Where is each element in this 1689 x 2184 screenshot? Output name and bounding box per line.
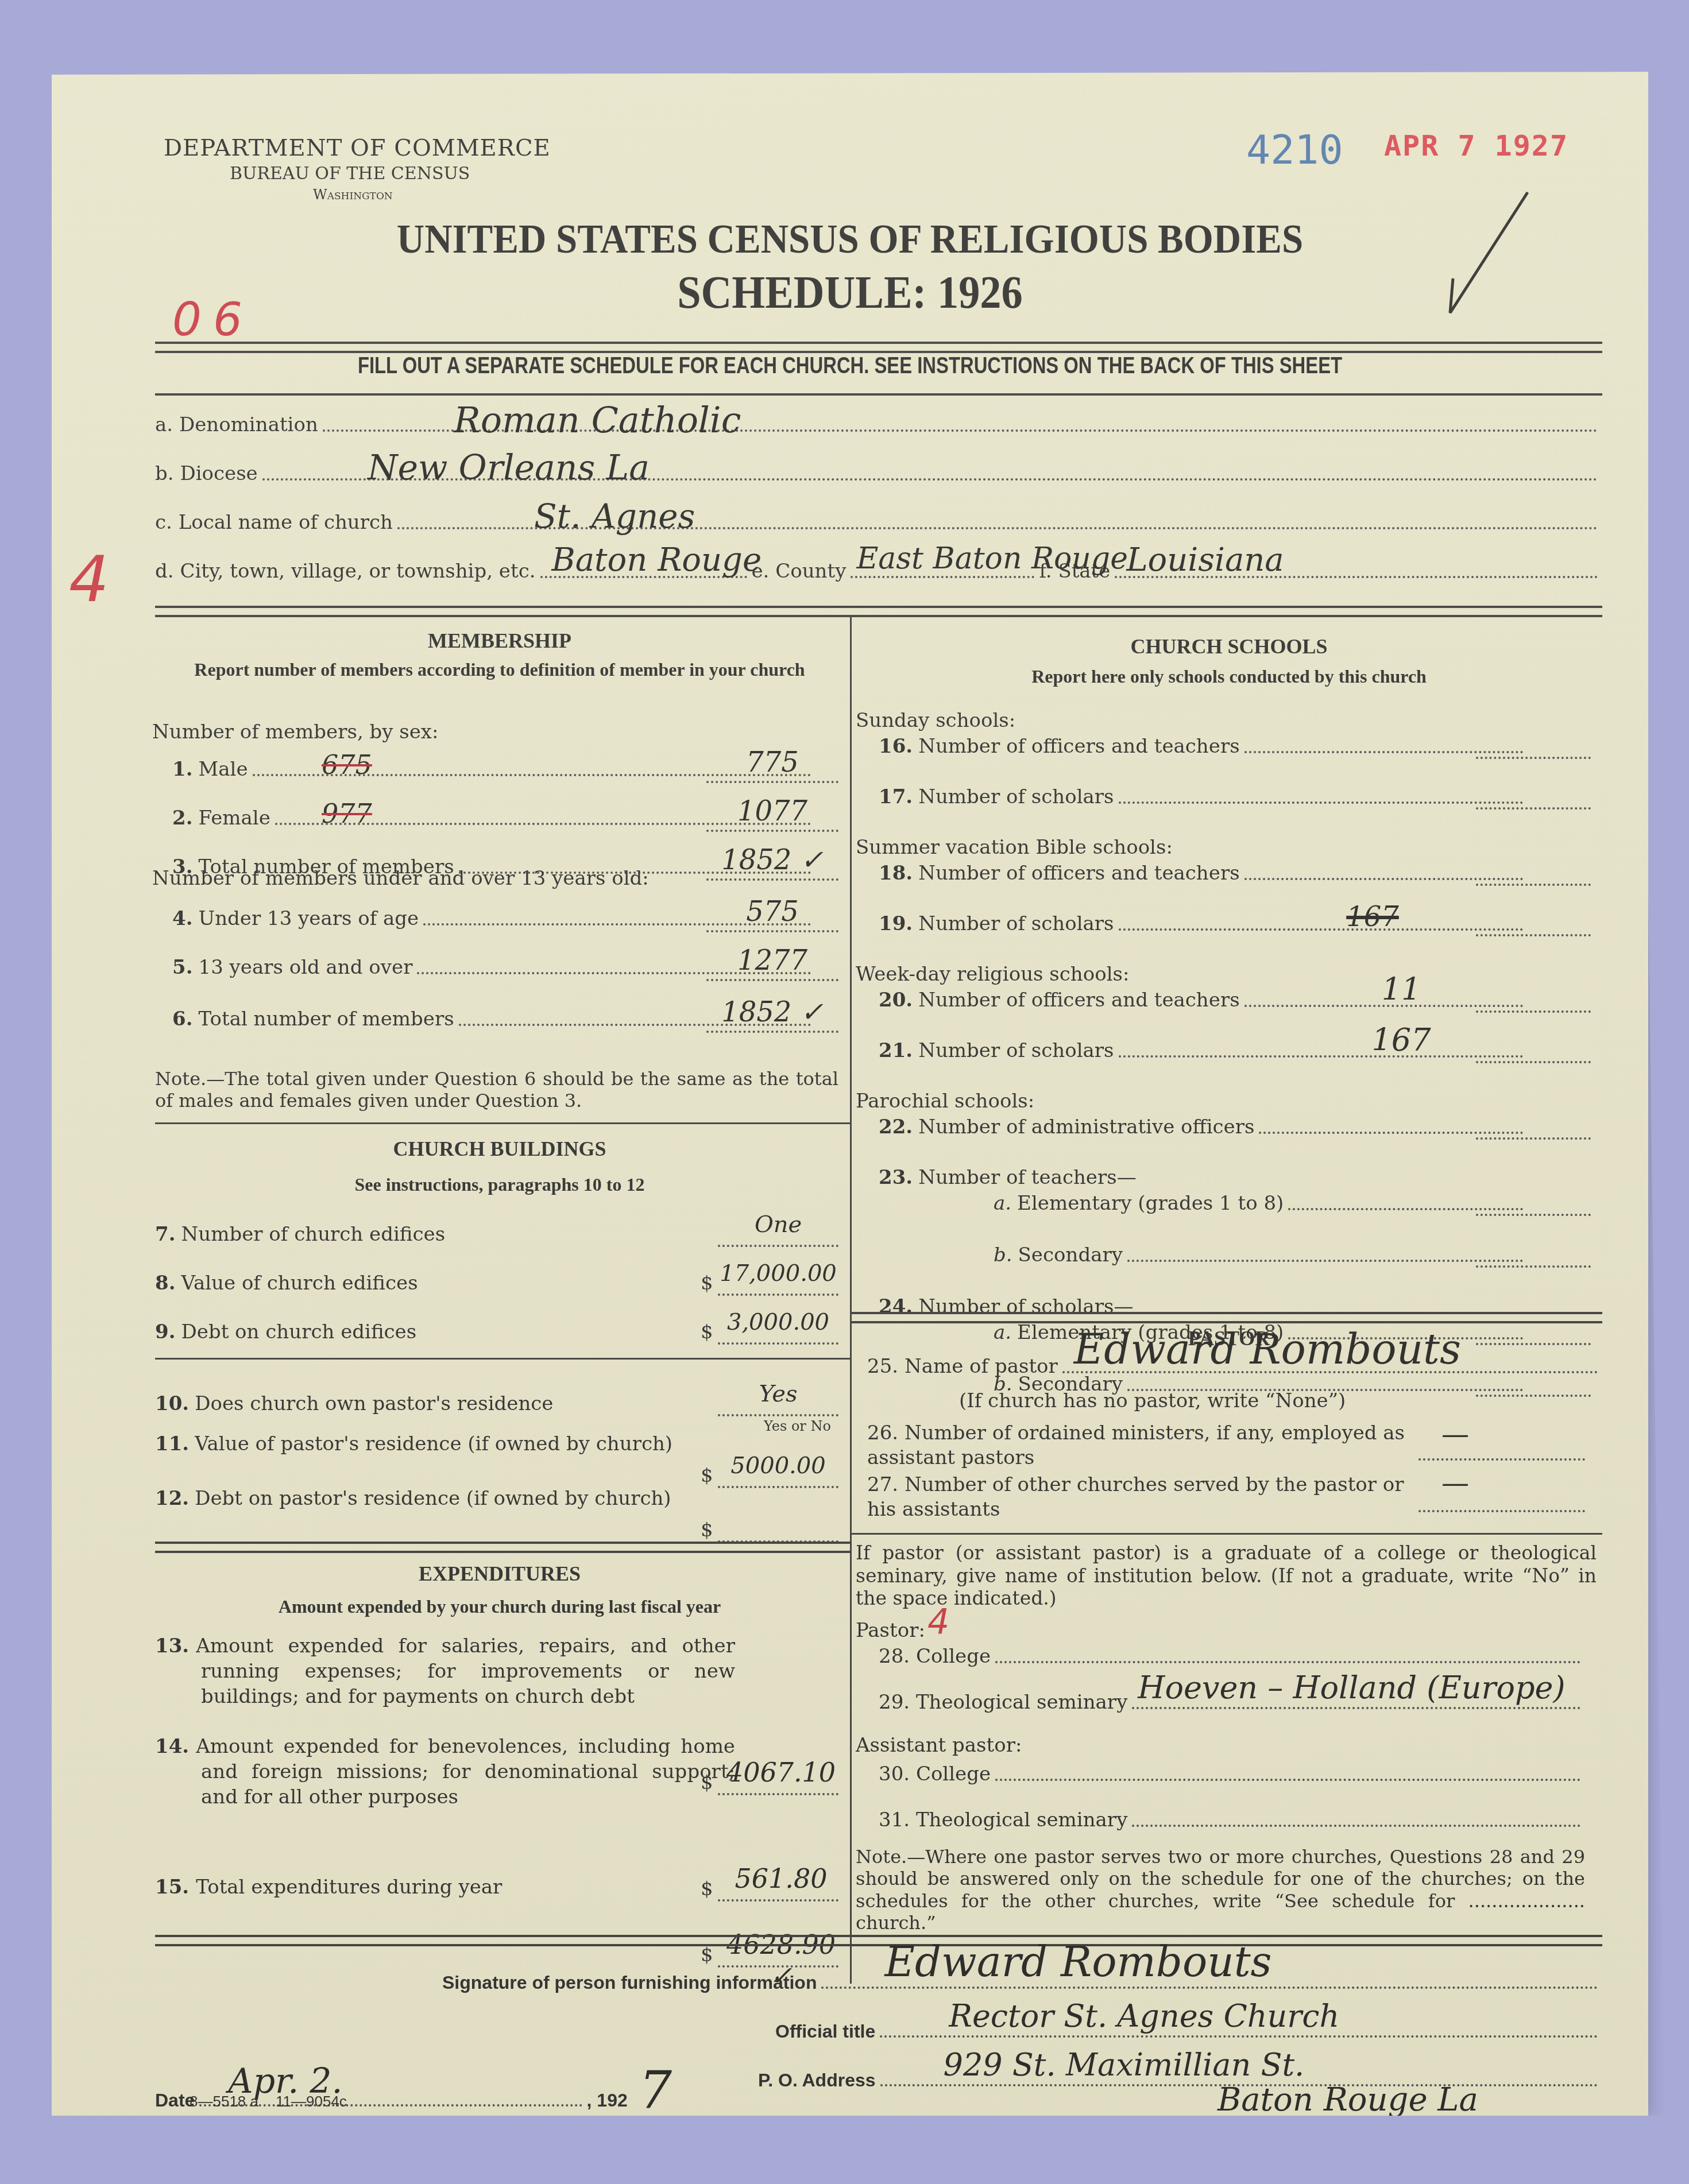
school-group-label: Sunday schools: <box>856 709 1015 732</box>
signature-value: Edward Rombouts <box>884 1938 1271 1986</box>
q26-value: — <box>1441 1418 1469 1450</box>
question-number: 2. <box>172 807 193 830</box>
diocese-field[interactable]: b. Diocese New Orleans La <box>155 462 1602 485</box>
church-name-field[interactable]: c. Local name of church St. Agnes <box>155 511 1602 534</box>
question-label: Number of scholars <box>918 912 1114 935</box>
dollar-sign: $ <box>701 1464 713 1487</box>
signature-field[interactable]: Signature of person furnishing informati… <box>442 1972 1602 1993</box>
diocese-label: b. Diocese <box>155 462 258 485</box>
schools-subtitle: Report here only schools conducted by th… <box>856 666 1602 687</box>
school-row: 17.Number of scholars <box>879 785 1528 808</box>
question-number: 11. <box>155 1432 189 1456</box>
question-label: Female <box>199 807 270 830</box>
county-value: East Baton Rouge <box>856 541 1128 576</box>
question-number: 14. <box>155 1735 189 1758</box>
membership-subtitle: Report number of members according to de… <box>167 657 833 682</box>
denomination-value: Roman Catholic <box>454 399 741 441</box>
dollar-sign: $ <box>701 1272 713 1295</box>
building-value: Yes <box>712 1381 844 1407</box>
department-heading: DEPARTMENT OF COMMERCE <box>164 135 551 161</box>
membership-title: MEMBERSHIP <box>155 629 844 653</box>
signature-label: Signature of person furnishing informati… <box>442 1972 817 1993</box>
bureau-heading: BUREAU OF THE CENSUS <box>230 164 470 184</box>
question-label: Number of scholars <box>918 785 1114 808</box>
question-number: 18. <box>879 862 913 885</box>
schools-title: CHURCH SCHOOLS <box>856 634 1602 659</box>
q30-label: 30. College <box>879 1763 991 1786</box>
census-form-sheet: DEPARTMENT OF COMMERCE BUREAU OF THE CEN… <box>52 72 1648 2116</box>
membership-value: 1077 <box>706 795 838 827</box>
question-label: Total expenditures during year <box>196 1876 502 1899</box>
q27-value: — <box>1441 1467 1469 1499</box>
expense-row: 15.Total expenditures during year <box>155 1875 735 1900</box>
question-label: Debt on church edifices <box>181 1321 417 1344</box>
question-label: Total number of members <box>199 1008 454 1031</box>
schedule-title: SCHEDULE: 1926 <box>107 267 1592 319</box>
building-input[interactable] <box>718 1294 838 1296</box>
question-number: b. <box>994 1244 1012 1267</box>
school-input[interactable] <box>1476 1265 1591 1268</box>
question-number: 6. <box>172 1008 193 1031</box>
question-label: Amount expended for salaries, repairs, a… <box>196 1635 735 1708</box>
struck-value: 675 <box>322 749 372 780</box>
q29-label: 29. Theological seminary <box>879 1691 1127 1714</box>
question-number: 4. <box>172 907 193 930</box>
building-input[interactable] <box>718 1414 838 1416</box>
po-address-line2: Baton Rouge La <box>1218 2081 1478 2119</box>
question-number: 16. <box>879 735 913 758</box>
received-date-stamp: APR 7 1927 <box>1384 129 1568 162</box>
question-label: Debt on pastor's residence (if owned by … <box>195 1487 671 1511</box>
pastor-name-label: 25. Name of pastor <box>867 1355 1058 1378</box>
church-name-value: St. Agnes <box>534 497 695 536</box>
membership-value: 575 <box>706 896 838 928</box>
building-row: 7.Number of church edifices <box>155 1223 701 1246</box>
q28-field[interactable]: 28. College <box>879 1645 1585 1668</box>
year-prefix: , 192 <box>587 2090 628 2111</box>
graduate-instructions: If pastor (or assistant pastor) is a gra… <box>856 1542 1597 1610</box>
question-number: 22. <box>879 1116 913 1139</box>
buildings-title: CHURCH BUILDINGS <box>155 1137 844 1161</box>
q26-field[interactable] <box>1419 1458 1585 1461</box>
question-label: Value of pastor's residence (if owned by… <box>195 1432 672 1456</box>
expense-row: 14.Amount expended for benevolences, inc… <box>155 1734 735 1810</box>
rule <box>155 393 1602 396</box>
school-group-label: Parochial schools: <box>856 1090 1034 1113</box>
school-value: 11 <box>1344 971 1459 1008</box>
building-value: 17,000.00 <box>712 1260 844 1287</box>
struck-value: 167 <box>1315 901 1430 933</box>
question-label: Number of scholars <box>918 1039 1114 1062</box>
rule <box>155 1122 850 1124</box>
school-input[interactable] <box>1476 934 1591 936</box>
city-value: Baton Rouge <box>552 541 762 579</box>
building-row: 10.Does church own pastor's residence <box>155 1392 701 1416</box>
city-label: d. City, town, village, or township, etc… <box>155 560 536 583</box>
school-input[interactable] <box>1476 757 1591 759</box>
membership-input[interactable] <box>706 1031 838 1033</box>
red-code-mark: 06 <box>172 293 254 346</box>
q26-label: 26. Number of ordained ministers, if any… <box>867 1421 1413 1470</box>
diocese-value: New Orleans La <box>368 448 650 488</box>
rule <box>850 1533 1602 1535</box>
question-number: 12. <box>155 1487 189 1511</box>
q30-field[interactable]: 30. College <box>879 1763 1585 1786</box>
church-name-label: c. Local name of church <box>155 511 393 534</box>
double-rule <box>155 1542 850 1553</box>
assistant-pastor-label: Assistant pastor: <box>856 1734 1022 1757</box>
dollar-sign: $ <box>701 1519 713 1542</box>
question-label: Elementary (grades 1 to 8) <box>1017 1192 1284 1215</box>
school-group-label: Summer vacation Bible schools: <box>856 836 1173 859</box>
school-row: a.Elementary (grades 1 to 8) <box>994 1192 1528 1215</box>
building-row: 11.Value of pastor's residence (if owned… <box>155 1432 701 1456</box>
school-row: 18.Number of officers and teachers <box>879 862 1528 885</box>
building-input[interactable] <box>718 1486 838 1488</box>
by-sex-label: Number of members, by sex: <box>152 721 438 744</box>
question-label: Number of administrative officers <box>918 1116 1254 1139</box>
column-divider <box>850 617 852 1984</box>
school-input[interactable] <box>1476 1137 1591 1140</box>
school-row: 22.Number of administrative officers <box>879 1116 1528 1139</box>
question-number: 1. <box>172 758 193 781</box>
question-label: Male <box>199 758 248 781</box>
membership-note: Note.—The total given under Question 6 s… <box>155 1068 838 1112</box>
school-input[interactable] <box>1476 884 1591 886</box>
question-label: Value of church edifices <box>181 1272 418 1295</box>
double-rule <box>155 1935 1602 1946</box>
school-row: 23.Number of teachers— <box>879 1166 1528 1189</box>
membership-input[interactable] <box>706 878 838 881</box>
struck-value: 977 <box>322 798 372 829</box>
expense-row: 13.Amount expended for salaries, repairs… <box>155 1633 735 1710</box>
membership-input[interactable] <box>706 830 838 832</box>
question-number: 5. <box>172 956 193 979</box>
membership-input[interactable] <box>706 781 838 783</box>
pastor-name-value: Edward Rombouts <box>1074 1325 1461 1373</box>
county-label: e. County <box>752 560 847 583</box>
fill-out-instruction: FILL OUT A SEPARATE SCHEDULE FOR EACH CH… <box>195 353 1505 379</box>
school-value: 167 <box>1344 1022 1459 1058</box>
school-group-label: Week-day religious schools: <box>856 963 1129 986</box>
question-number: 7. <box>155 1223 176 1246</box>
question-label: Does church own pastor's residence <box>195 1392 553 1416</box>
double-rule <box>850 1312 1602 1323</box>
question-number: 20. <box>879 989 913 1012</box>
form-code-2: 11—9054c <box>276 2093 347 2111</box>
form-title: UNITED STATES CENSUS OF RELIGIOUS BODIES <box>107 215 1592 263</box>
school-row: 19.Number of scholars <box>879 912 1528 935</box>
membership-input[interactable] <box>706 979 838 981</box>
form-code-1: 8—5518 a <box>190 2093 258 2111</box>
question-number: 9. <box>155 1321 176 1344</box>
building-value: 5000.00 <box>712 1453 844 1479</box>
q27-label: 27. Number of other churches served by t… <box>867 1473 1413 1521</box>
po-address-label: P. O. Address <box>758 2070 876 2091</box>
q29-value: Hoeven – Holland (Europe) <box>1138 1670 1565 1706</box>
membership-value: 775 <box>706 746 838 779</box>
double-rule <box>155 606 1602 617</box>
yes-no-hint: Yes or No <box>764 1418 831 1434</box>
by-age-label: Number of members under and over 13 year… <box>152 867 649 890</box>
question-number: 10. <box>155 1392 189 1416</box>
school-row: 16.Number of officers and teachers <box>879 735 1528 758</box>
expenditures-subtitle: Amount expended by your church during la… <box>155 1596 844 1617</box>
rule <box>155 1358 850 1360</box>
question-number: 8. <box>155 1272 176 1295</box>
building-input[interactable] <box>718 1342 838 1345</box>
official-title-field[interactable]: Official title Rector St. Agnes Church <box>775 2021 1602 2042</box>
building-input[interactable] <box>718 1245 838 1247</box>
expenditures-title: EXPENDITURES <box>155 1562 844 1586</box>
pastor-name-field[interactable]: 25. Name of pastor Edward Rombouts <box>867 1355 1602 1378</box>
question-label: Number of teachers— <box>918 1166 1137 1189</box>
question-label: Number of officers and teachers <box>918 989 1239 1012</box>
pastor-label: Pastor: <box>856 1619 925 1642</box>
q31-label: 31. Theological seminary <box>879 1809 1127 1831</box>
pastor-red-mark: 4 <box>927 1602 949 1642</box>
official-title-value: Rector St. Agnes Church <box>949 1998 1339 2034</box>
dollar-sign: $ <box>701 1943 713 1966</box>
pastor-note: Note.—Where one pastor serves two or mor… <box>856 1846 1585 1934</box>
dollar-sign: $ <box>701 1321 713 1343</box>
building-row: 9.Debt on church edifices <box>155 1321 701 1344</box>
question-label: Number of church edifices <box>181 1223 446 1246</box>
school-row: b.Secondary <box>994 1244 1528 1267</box>
expense-input[interactable] <box>718 1793 838 1795</box>
location-row: d. City, town, village, or township, etc… <box>155 560 1602 583</box>
question-number: 19. <box>879 912 913 935</box>
question-number: 21. <box>879 1039 913 1062</box>
expense-input[interactable] <box>718 1899 838 1902</box>
school-input[interactable] <box>1476 1061 1591 1063</box>
school-input[interactable] <box>1476 1395 1591 1397</box>
question-label: Number of officers and teachers <box>918 735 1239 758</box>
denomination-label: a. Denomination <box>155 413 318 436</box>
q29-field[interactable]: 29. Theological seminary Hoeven – Hollan… <box>879 1691 1585 1714</box>
state-value: Louisiana <box>1126 541 1284 579</box>
building-value: One <box>712 1211 844 1238</box>
question-number: 15. <box>155 1876 189 1899</box>
pastor-name-hint: (If church has no pastor, write “None”) <box>959 1389 1346 1412</box>
denomination-field[interactable]: a. Denomination Roman Catholic <box>155 413 1602 436</box>
question-label: Number of officers and teachers <box>918 862 1239 885</box>
file-number-stamp: 4210 <box>1246 126 1343 173</box>
q28-label: 28. College <box>879 1645 991 1668</box>
question-number: 17. <box>879 785 913 808</box>
q27-field[interactable] <box>1419 1510 1585 1512</box>
question-label: Amount expended for benevolences, includ… <box>196 1735 735 1809</box>
school-input[interactable] <box>1476 1214 1591 1216</box>
question-number: 13. <box>155 1635 189 1658</box>
school-input[interactable] <box>1476 807 1591 810</box>
building-row: 8.Value of church edifices <box>155 1272 701 1295</box>
city-heading: Washington <box>313 187 393 203</box>
building-value: 3,000.00 <box>712 1309 844 1335</box>
official-title-label: Official title <box>775 2021 875 2042</box>
membership-input[interactable] <box>706 930 838 932</box>
question-label: Secondary <box>1018 1244 1123 1267</box>
q31-field[interactable]: 31. Theological seminary <box>879 1809 1585 1831</box>
question-label: 13 years old and over <box>199 956 413 979</box>
building-row: 12.Debt on pastor's residence (if owned … <box>155 1487 701 1511</box>
date-label: Date <box>155 2090 195 2111</box>
membership-value: 1852 ✓ <box>706 996 838 1028</box>
buildings-subtitle: See instructions, paragraphs 10 to 12 <box>155 1174 844 1195</box>
question-number: 23. <box>879 1166 913 1189</box>
membership-value: 1852 ✓ <box>706 844 838 876</box>
year-suffix: 7 <box>639 2070 672 2111</box>
red-margin-mark: 4 <box>69 543 109 616</box>
school-input[interactable] <box>1476 1010 1591 1013</box>
membership-value: 1277 <box>706 944 838 977</box>
po-address-value: 929 St. Maximillian St. <box>944 2047 1305 2083</box>
question-label: Under 13 years of age <box>199 907 419 930</box>
question-number: a. <box>994 1192 1011 1215</box>
double-rule <box>155 342 1602 353</box>
